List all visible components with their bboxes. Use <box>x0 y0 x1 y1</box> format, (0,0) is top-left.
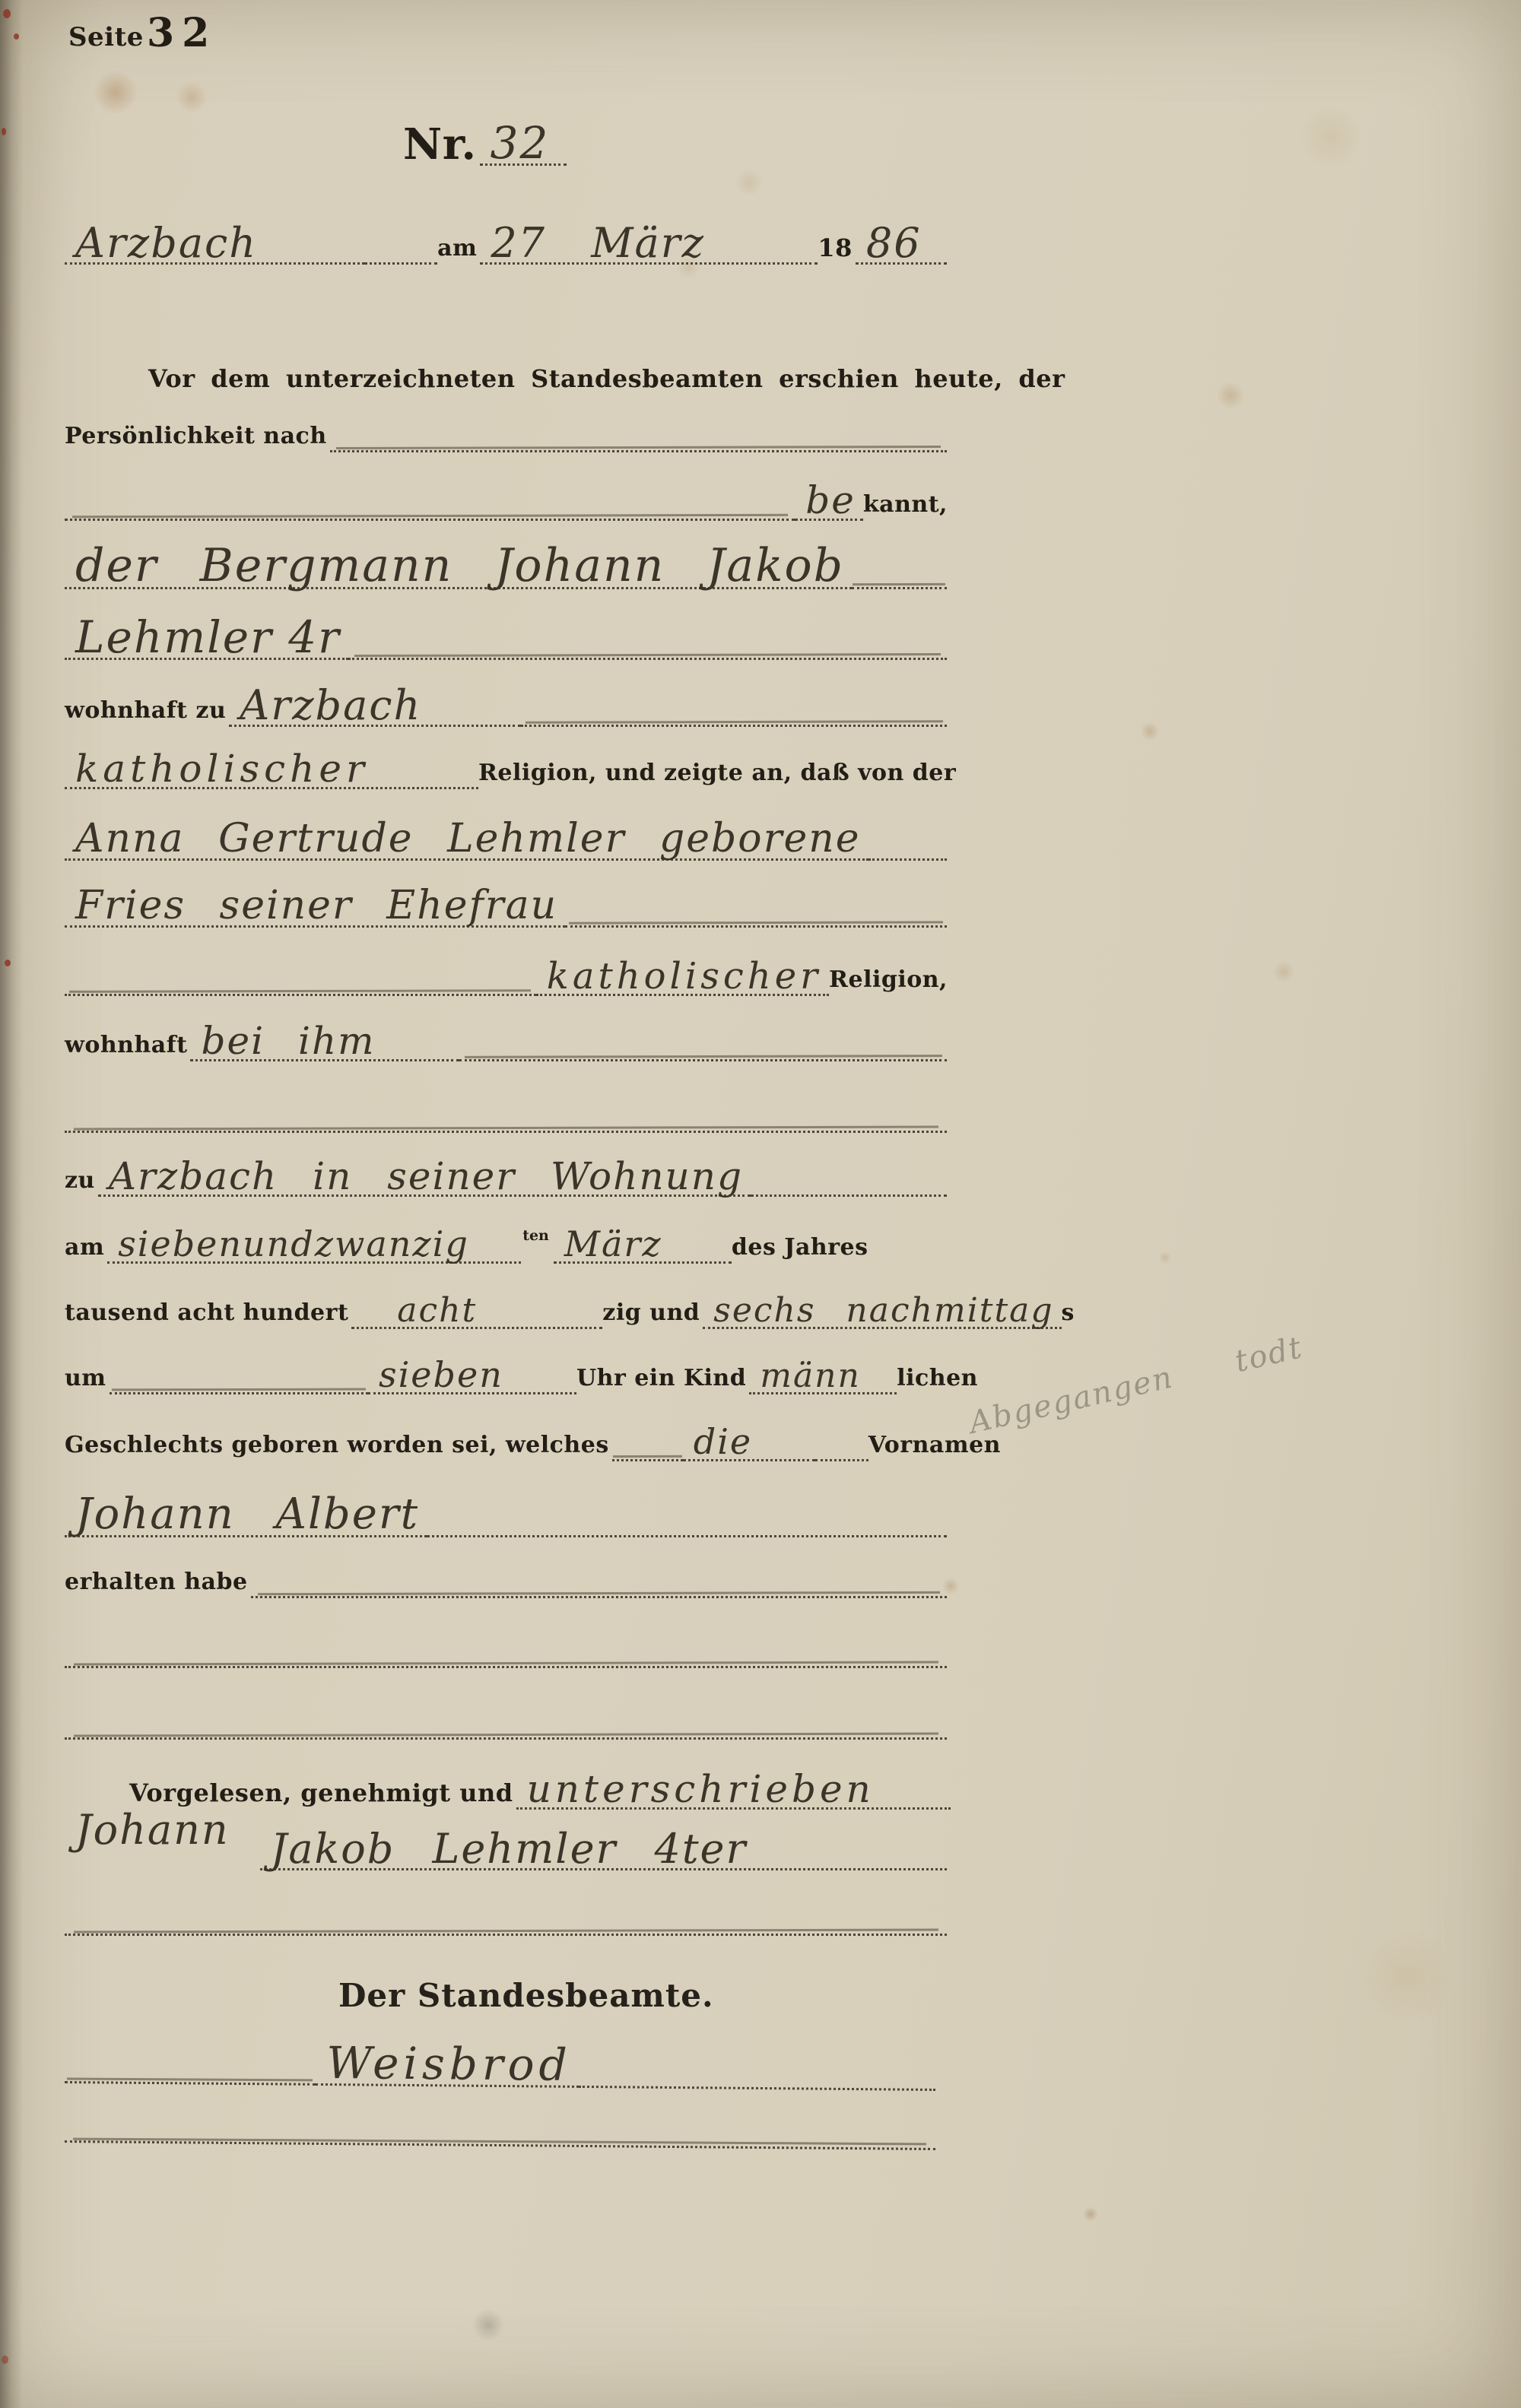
page-number: 32 <box>147 14 220 55</box>
am-label: am <box>437 237 480 265</box>
year-handwritten: 86 <box>856 227 947 265</box>
blank-filler <box>251 1596 947 1598</box>
declarant-signature-line: Johann Jakob Lehmler 4ter <box>65 1781 947 1870</box>
blank-filler <box>459 1059 947 1061</box>
year-prefix: 18 <box>818 236 856 265</box>
red-speck <box>2 128 6 135</box>
register-page-scan: Seite 32 Nr. 32 Arzbach am 27 März 18 86… <box>0 0 1521 2408</box>
line-filler <box>579 2086 935 2091</box>
received-label: erhalten habe <box>65 1571 251 1598</box>
given-names-handwritten: Johann Albert <box>65 1498 427 1537</box>
mother-residence-handwritten: bei ihm <box>190 1026 459 1061</box>
signature-part-1: Johann <box>65 1813 237 1849</box>
registrar-signature-line: Weisbrod <box>65 1997 936 2091</box>
identity-line: Persönlichkeit nach <box>65 395 947 452</box>
opening-paragraph: Vor dem unterzeichneten Standesbeamten e… <box>148 357 973 395</box>
blank-filler <box>65 1666 947 1668</box>
opening-text: Vor dem unterzeichneten Standesbeamten e… <box>148 366 1068 395</box>
red-speck <box>5 960 11 966</box>
line-filler <box>427 1535 947 1537</box>
nr-label: Nr. <box>403 123 480 166</box>
record-number-line: Nr. 32 <box>403 90 567 166</box>
blank-filler <box>65 2081 316 2086</box>
red-speck <box>2 2356 8 2364</box>
red-speck <box>3 9 11 18</box>
record-number-handwritten: 32 <box>480 125 567 166</box>
blank-filler <box>65 2140 935 2150</box>
given-names-line: Johann Albert <box>65 1451 947 1537</box>
signature-part-2: Jakob Lehmler 4ter <box>260 1832 947 1870</box>
empty-line <box>65 1883 947 1936</box>
date-handwritten: 27 März <box>480 227 818 265</box>
binding-edge <box>0 0 23 2408</box>
sex-vornamen-line: Geschlechts geboren worden sei, welches … <box>65 1379 1004 1461</box>
mother-residence-label: wohnhaft <box>65 1034 190 1061</box>
day-ordinal-suffix: ten <box>522 1227 549 1244</box>
unit-suffix: s <box>1062 1302 1078 1329</box>
page-number-header: Seite 32 <box>68 11 220 55</box>
place-handwritten: Arzbach <box>65 227 364 265</box>
blank-filler <box>65 1934 947 1936</box>
seite-label: Seite <box>68 24 147 55</box>
empty-line <box>65 2089 936 2150</box>
mother-residence-line: wohnhaft bei ihm <box>65 979 947 1061</box>
line-filler <box>364 262 437 265</box>
place-date-line: Arzbach am 27 März 18 86 <box>65 192 947 265</box>
registrar-signature-handwritten: Weisbrod <box>316 2045 580 2087</box>
empty-line <box>65 1615 947 1668</box>
received-line: erhalten habe <box>65 1543 947 1598</box>
red-speck <box>14 33 19 40</box>
